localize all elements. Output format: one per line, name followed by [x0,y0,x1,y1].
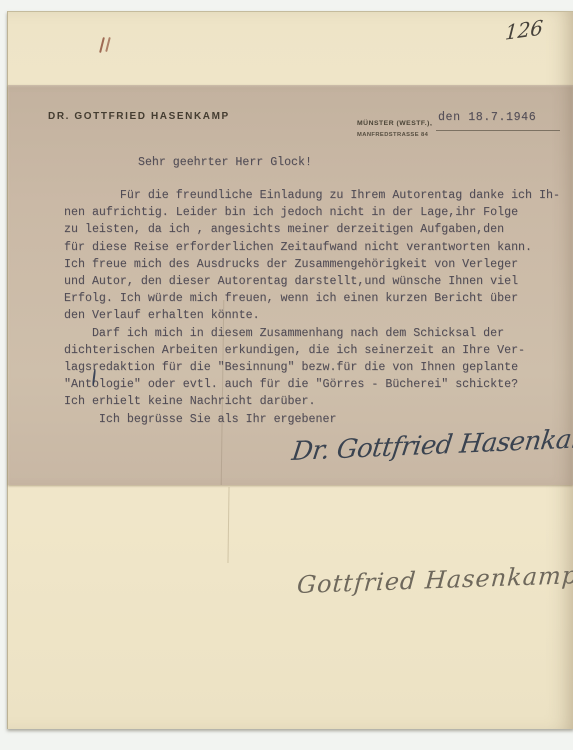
letter-body-line: nen aufrichtig. Leider bin ich jedoch ni… [64,204,560,221]
letter-body-line: Darf ich mich in diesem Zusammenhang nac… [64,325,560,342]
red-crayon-marks [99,37,115,57]
letter-body-line: Ich erhielt keine Nachricht darüber. [64,393,560,410]
salutation: Sehr geehrter Herr Glock! [138,156,312,169]
letter-body-line: zu leisten, da ich , angesichts meiner d… [64,221,560,238]
letter-body-line: den Verlauf erhalten könnte. [64,307,560,324]
letterhead-city: MÜNSTER (WESTF.), [357,120,432,127]
letter-body-line: Für die freundliche Einladung zu Ihrem A… [64,187,560,204]
red-crayon-stroke [105,37,111,52]
letter-body-line: Erfolg. Ich würde mich freuen, wenn ich … [64,290,560,307]
letter-body-line: Ich begrüsse Sie als Ihr ergebener [64,411,560,428]
letter-body-line: lagsredaktion für die "Besinnung" bezw.f… [64,359,560,376]
letter-body: Für die freundliche Einladung zu Ihrem A… [64,187,560,428]
letterhead-street: MANFREDSTRASSE 84 [357,132,428,138]
letter-body-line: für diese Reise erforderlichen Zeitaufwa… [64,239,560,256]
letterhead-sender-name: DR. GOTTFRIED HASENKAMP [48,111,230,122]
letter-body-line: und Autor, den dieser Autorentag darstel… [64,273,560,290]
letter-body-line: "Antologie" oder evtl. auch für die "Gör… [64,376,560,393]
letter-body-line: dichterischen Arbeiten erkundigen, die i… [64,342,560,359]
typed-date: den 18.7.1946 [438,111,536,124]
date-rule-line [436,130,560,131]
red-crayon-stroke [99,37,105,53]
scanned-letter-page: 126 DR. GOTTFRIED HASENKAMP MÜNSTER (WES… [0,0,573,750]
letter-body-line: Ich freue mich des Ausdrucks der Zusamme… [64,256,560,273]
